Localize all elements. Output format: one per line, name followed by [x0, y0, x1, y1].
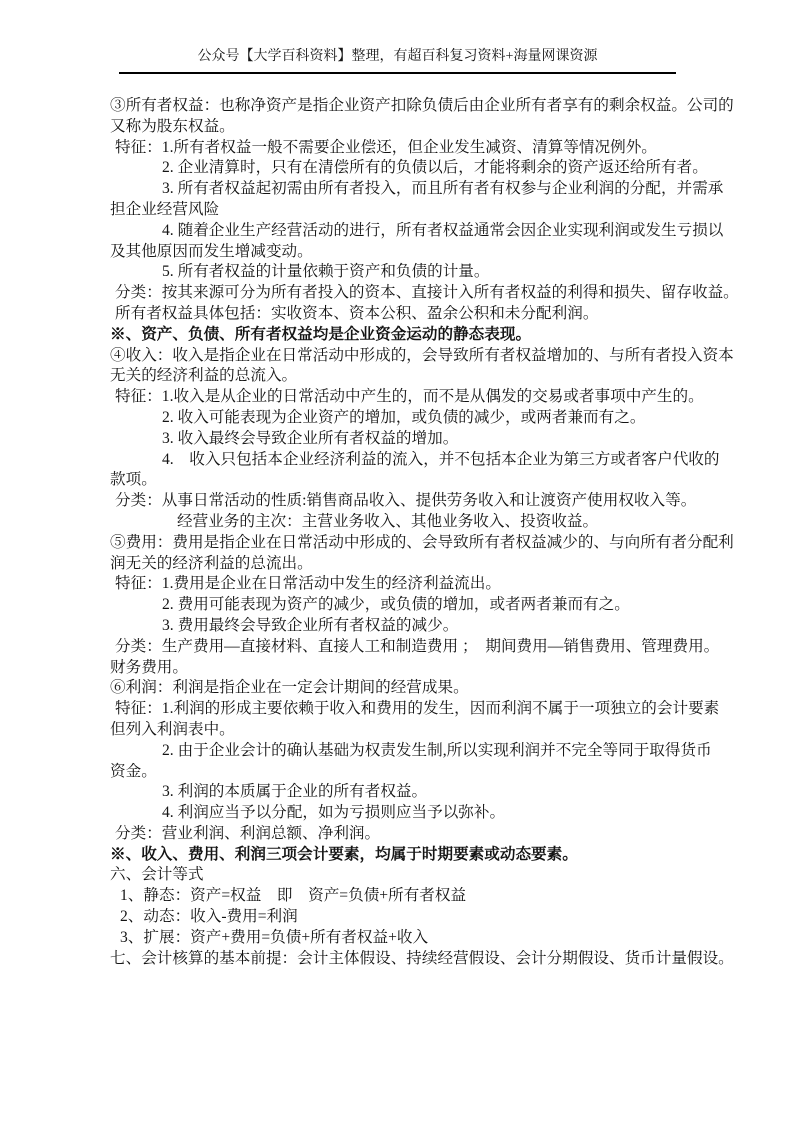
text-line: 资金。	[110, 762, 690, 783]
text-line: 2、动态：收入-费用=利润	[110, 907, 690, 928]
text-line: ⑤费用：费用是指企业在日常活动中形成的、会导致所有者权益减少的、与向所有者分配利	[110, 533, 690, 554]
text-line: 1、静态：资产=权益 即 资产=负债+所有者权益	[110, 886, 690, 907]
text-line: 七、会计核算的基本前提：会计主体假设、持续经营假设、会计分期假设、货币计量假设。	[110, 949, 690, 970]
emphasis-line: ※、资产、负债、所有者权益均是企业资金运动的静态表现。	[110, 325, 690, 346]
text-line: ④收入：收入是指企业在日常活动中形成的，会导致所有者权益增加的、与所有者投入资本	[110, 346, 690, 367]
text-line: 分类：生产费用—直接材料、直接人工和制造费用 ； 期间费用—销售费用、管理费用。	[110, 637, 690, 658]
text-line: 但列入利润表中。	[110, 720, 690, 741]
text-line: 4. 利润应当予以分配，如为亏损则应当予以弥补。	[110, 803, 690, 824]
text-line: 5. 所有者权益的计量依赖于资产和负债的计量。	[110, 262, 690, 283]
text-line: 分类：营业利润、利润总额、净利润。	[110, 824, 690, 845]
text-line: 财务费用。	[110, 658, 690, 679]
text-line: 特征：1.费用是企业在日常活动中发生的经济利益流出。	[110, 574, 690, 595]
text-line: 款项。	[110, 470, 690, 491]
text-line: 担企业经营风险	[110, 200, 690, 221]
header-note: 公众号【大学百科资料】整理，有超百科复习资料+海量网课资源	[198, 49, 598, 64]
text-line: 六、会计等式	[110, 865, 690, 886]
text-line: 3. 费用最终会导致企业所有者权益的减少。	[110, 616, 690, 637]
text-line: 2. 费用可能表现为资产的减少，或负债的增加，或者两者兼而有之。	[110, 595, 690, 616]
text-line: 经营业务的主次：主营业务收入、其他业务收入、投资收益。	[110, 512, 690, 533]
text-line: ⑥利润：利润是指企业在一定会计期间的经营成果。	[110, 678, 690, 699]
text-line: 特征：1.所有者权益一般不需要企业偿还，但企业发生减资、清算等情况例外。	[110, 138, 690, 159]
text-line: 无关的经济利益的总流入。	[110, 366, 690, 387]
text-line: 2. 企业清算时，只有在清偿所有的负债以后，才能将剩余的资产返还给所有者。	[110, 158, 690, 179]
text-line: 3. 收入最终会导致企业所有者权益的增加。	[110, 429, 690, 450]
text-line: 润无关的经济利益的总流出。	[110, 554, 690, 575]
text-line: ③所有者权益：也称净资产是指企业资产扣除负债后由企业所有者享有的剩余权益。公司的	[110, 96, 690, 117]
text-line: 3. 所有者权益起初需由所有者投入，而且所有者有权参与企业利润的分配，并需承	[110, 179, 690, 200]
text-line: 特征：1.收入是从企业的日常活动中产生的，而不是从偶发的交易或者事项中产生的。	[110, 387, 690, 408]
text-line: 3、扩展：资产+费用=负债+所有者权益+收入	[110, 928, 690, 949]
emphasis-line: ※、收入、费用、利润三项会计要素，均属于时期要素或动态要素。	[110, 845, 690, 866]
text-line: 4. 随着企业生产经营活动的进行，所有者权益通常会因企业实现利润或发生亏损以	[110, 221, 690, 242]
text-line: 分类：按其来源可分为所有者投入的资本、直接计入所有者权益的利得和损失、留存收益。	[110, 283, 690, 304]
page-header: 公众号【大学百科资料】整理，有超百科复习资料+海量网课资源	[119, 48, 676, 74]
text-line: 所有者权益具体包括：实收资本、资本公积、盈余公积和未分配利润。	[110, 304, 690, 325]
text-line: 及其他原因而发生增减变动。	[110, 242, 690, 263]
text-line: 又称为股东权益。	[110, 117, 690, 138]
text-line: 2. 由于企业会计的确认基础为权责发生制,所以实现利润并不完全等同于取得货币	[110, 741, 690, 762]
text-line: 2. 收入可能表现为企业资产的增加，或负债的减少，或两者兼而有之。	[110, 408, 690, 429]
document-body: ③所有者权益：也称净资产是指企业资产扣除负债后由企业所有者享有的剩余权益。公司的…	[110, 96, 690, 969]
document-page: 公众号【大学百科资料】整理，有超百科复习资料+海量网课资源 ③所有者权益：也称净…	[0, 0, 793, 1122]
text-line: 分类：从事日常活动的性质:销售商品收入、提供劳务收入和让渡资产使用权收入等。	[110, 491, 690, 512]
text-line: 4. 收入只包括本企业经济利益的流入，并不包括本企业为第三方或者客户代收的	[110, 450, 690, 471]
text-line: 3. 利润的本质属于企业的所有者权益。	[110, 782, 690, 803]
text-line: 特征：1.利润的形成主要依赖于收入和费用的发生，因而利润不属于一项独立的会计要素	[110, 699, 690, 720]
